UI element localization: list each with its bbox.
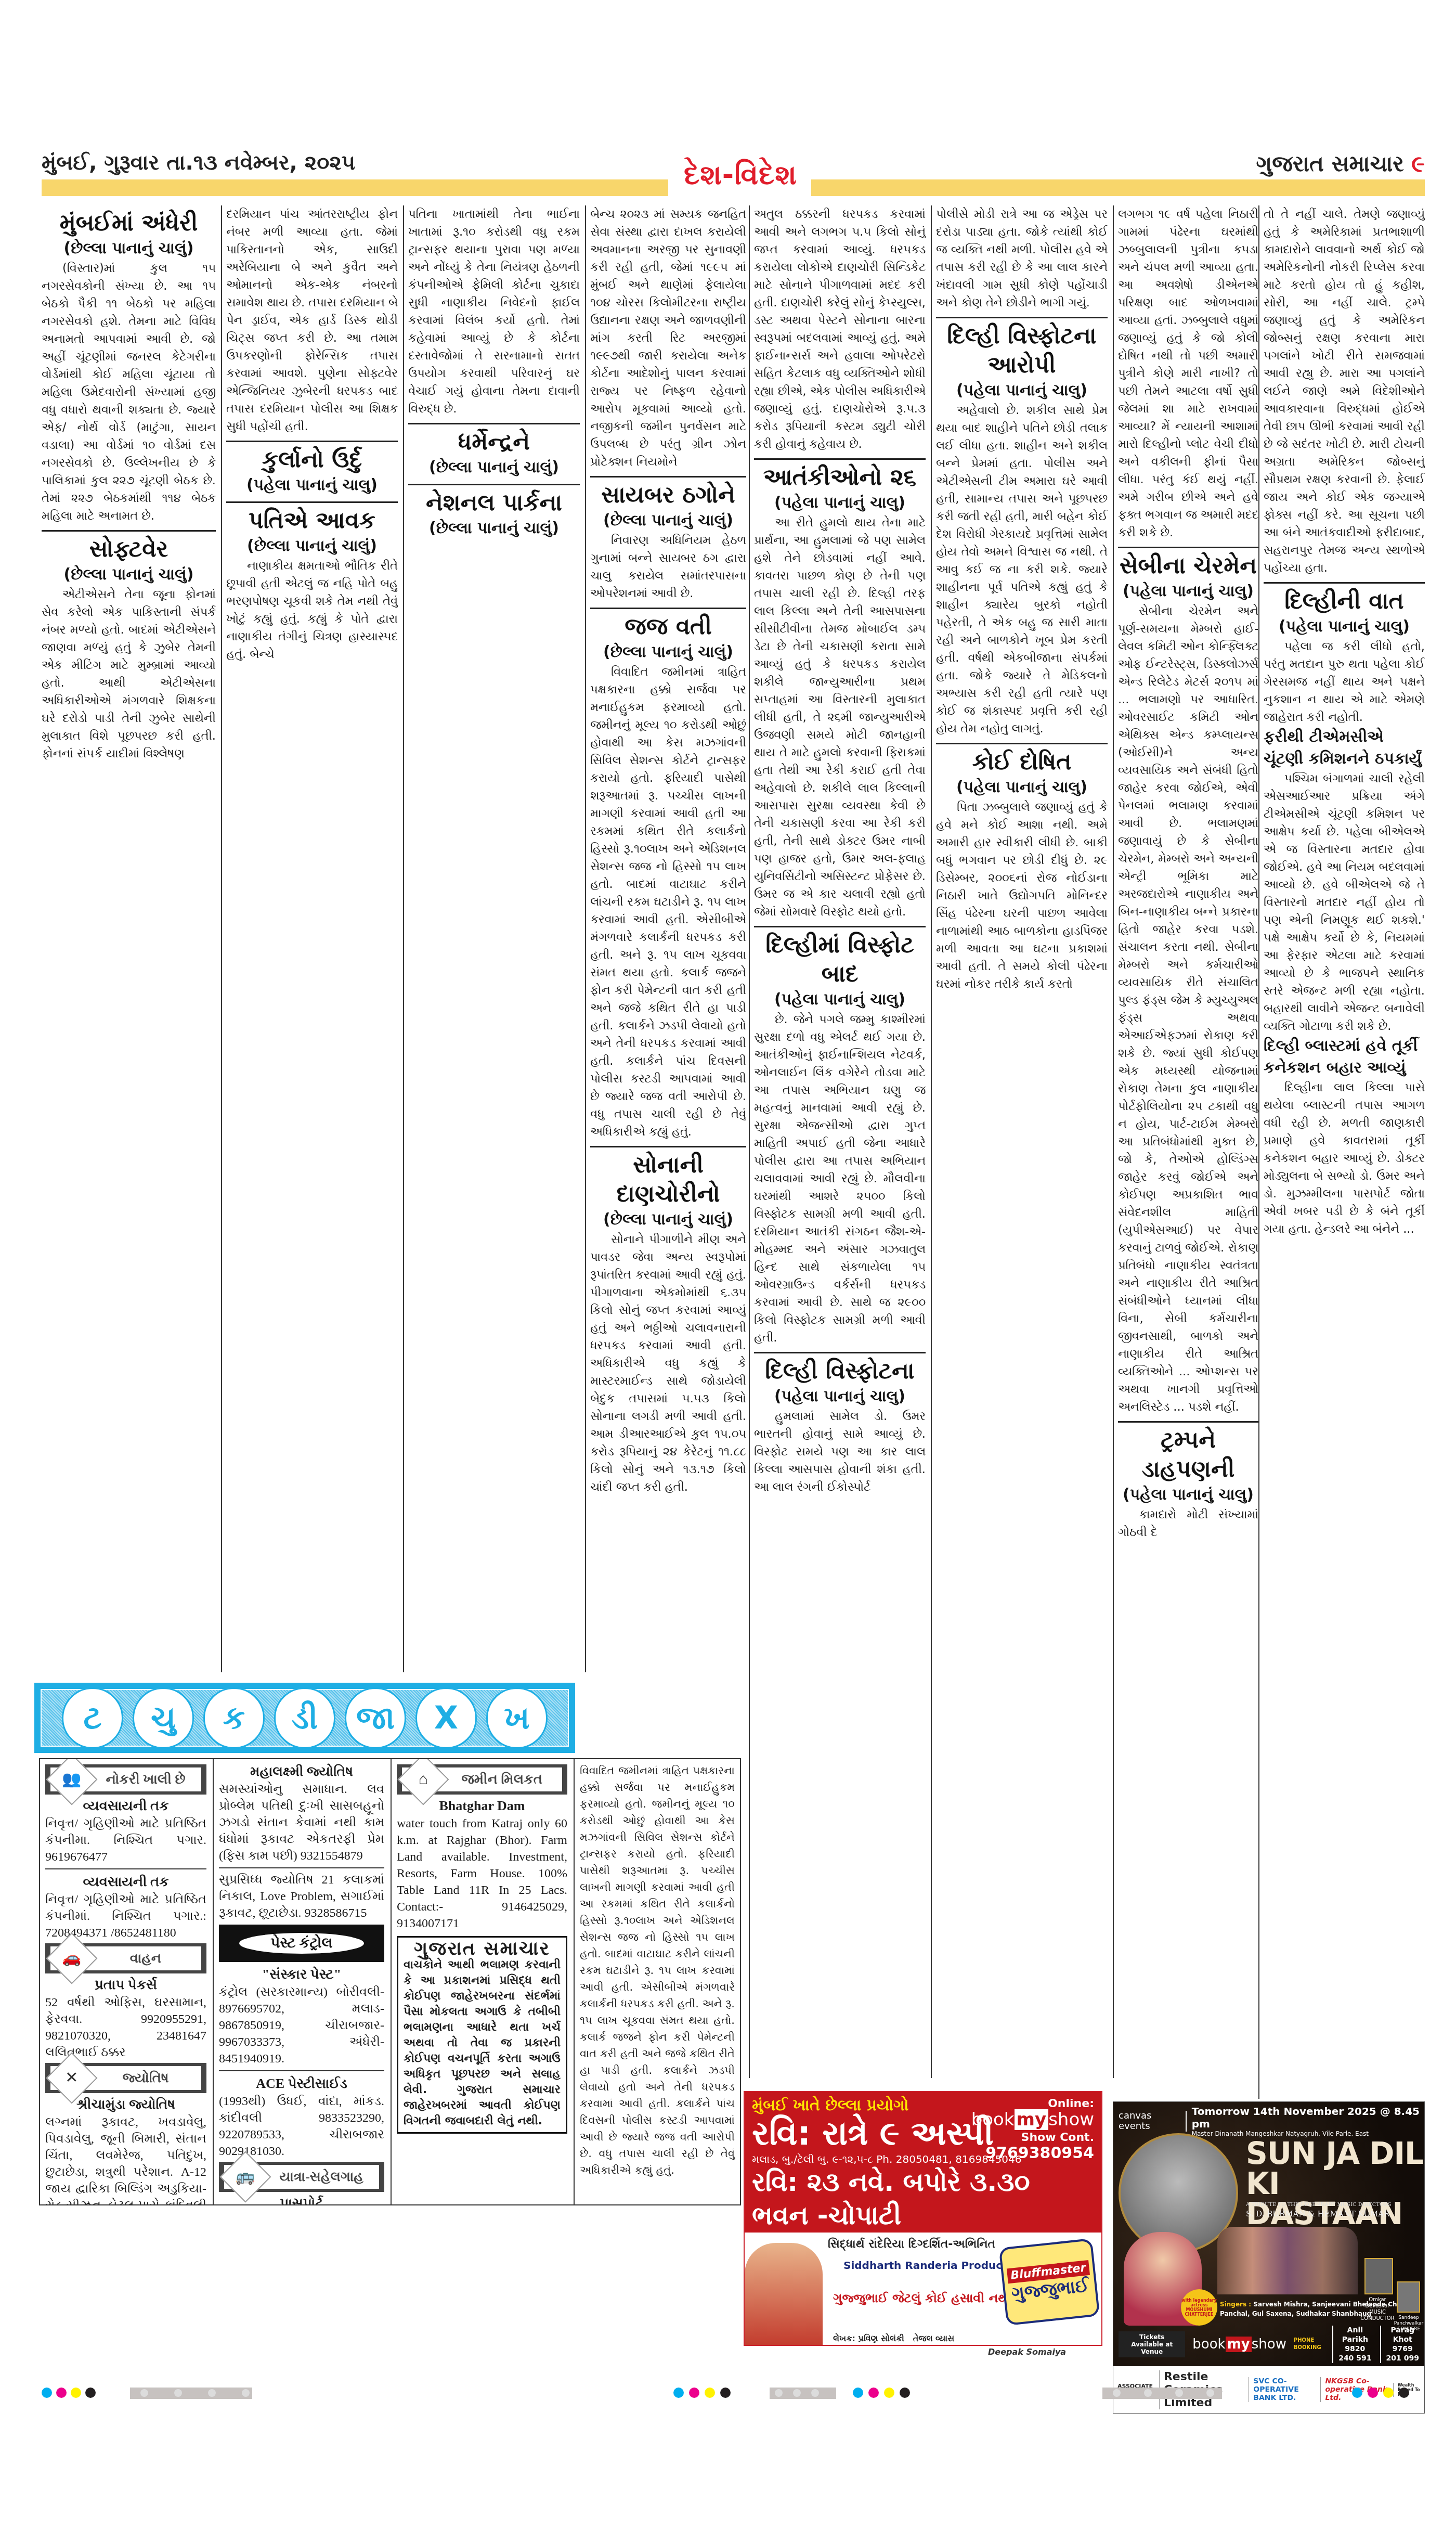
column-rule — [1258, 205, 1259, 2099]
crossword-banner: ટ ચુ ક ડી જા X ખ — [34, 1683, 575, 1753]
online-booking: Online: bookmyshow Show Cont. 9769380954 — [971, 2096, 1094, 2161]
continued-label: (પહેલા પાનાનું ચાલુ) — [936, 380, 1108, 402]
column-rule — [1113, 205, 1114, 2078]
headline-andheri: મુંબઈમાં અંધેરી — [42, 209, 216, 238]
story-body-col7: લગભગ ૧૯ વર્ષ પહેલા નિઠારી ગામમાં પંઢેરના… — [1118, 205, 1258, 541]
divider — [754, 926, 926, 927]
masthead-bar-left — [42, 179, 668, 196]
bus-icon: 🚌 — [236, 2169, 255, 2185]
classifieds-section: 👥 નોકરી ખાલી છે વ્યવસાયની તક નિવૃત્ત/ ગૃ… — [39, 1758, 741, 2205]
story-body-delhi-blast-of: હુમલામાં સામેલ ડો. ઉમર ભારતની હોવાનું સા… — [754, 1408, 926, 1496]
divider — [754, 1352, 926, 1353]
story-body-andheri: (વિસ્તાર)માં કુલ ૧૫ નગરસેવકોની સંખ્યા છે… — [42, 260, 216, 525]
divider — [1118, 1421, 1258, 1423]
continued-label: (છેલ્લા પાનાનું ચાલું) — [42, 564, 216, 586]
story-body-delhi-accused: અહેવાલો છે. શકીલ સાથે પ્રેમ થયા બાદ શાહી… — [936, 402, 1108, 738]
house-icon: ⌂ — [419, 1771, 428, 1788]
ad-sun-ja-dil-concert[interactable]: canvas events Tomorrow 14th November 202… — [1113, 2101, 1425, 2414]
ad-text: water touch from Katraj only 60 k.m. at … — [397, 1815, 567, 1932]
story-body-col2: દરમિયાન પાંચ આંતરરાષ્ટ્રીય ફોન નંબર મળી … — [226, 205, 398, 435]
car-icon: 🚗 — [62, 1950, 81, 1967]
divider — [226, 441, 398, 442]
story-body-sebi: સેબીના ચેરમેન અને પૂર્ણ-સમયના મેમ્બરો હા… — [1118, 602, 1258, 1416]
story-body-gold-cont: અતુલ ઠક્કરની ધરપકડ કરવામાં આવી અને લગભગ … — [754, 205, 926, 453]
story-body-trump: કામદારો મોટી સંખ્યામાં ગોઠવી દે — [1118, 1506, 1258, 1541]
headline-judge: જજ વતી — [590, 612, 746, 641]
section-title: દેશ-વિદેશ — [671, 158, 810, 191]
story-body-col3: પતિના ખાતામાંથી તેના ભાઈના ખાતામાં રૂ.૧૦… — [408, 205, 580, 418]
divider — [1118, 547, 1258, 548]
classifieds-column-3: ⌂ જમીન મિલકત Bhatghar Dam water touch fr… — [391, 1759, 573, 2204]
booking-info: Tickets Available at Venue bookmyshow PH… — [1119, 2326, 1420, 2363]
category-banner-pest-control: પેસ્ટ કંટ્રોલ — [219, 1925, 384, 1962]
story-body-koi-doshit: પિતા ઝબ્બુલાલે જણાવ્યું હતું કે હવે મને … — [936, 798, 1108, 993]
column-rule — [403, 205, 404, 1672]
category-tag-astrology: ✕ જ્યોતિષ — [45, 2063, 206, 2093]
headline-delhi-vaat: દિલ્હીની વાત — [1264, 587, 1425, 616]
divider — [408, 423, 580, 424]
bookmyshow-logo: bookmyshow — [971, 2112, 1094, 2127]
headline-sebi: સેબીના ચેરમેન — [1118, 551, 1258, 580]
headline-national-park: નેશનલ પાર્કના — [408, 488, 580, 518]
ad-text: કંટ્રોલ (સરકારમાન્ય) બોરીવલી- 8976695702… — [219, 1984, 384, 2067]
people-icon: 👥 — [62, 1771, 81, 1788]
newspaper-brand: ગુજરાત સમાચાર — [1256, 151, 1404, 177]
column-7: લગભગ ૧૯ વર્ષ પહેલા નિઠારી ગામમાં પંઢેરના… — [1118, 205, 1258, 2094]
crossword-letters: ટ ચુ ક ડી જા X ખ — [41, 1689, 569, 1747]
continued-label: (પહેલા પાનાનું ચાલુ) — [754, 1386, 926, 1408]
singers-photos — [1217, 2227, 1358, 2294]
ad-text: સુપ્રસિધ્ધ જ્યોતિષ 21 કલાકમાં નિકાલ, Lov… — [219, 1872, 384, 1921]
crossword-letter: X — [415, 1687, 477, 1749]
ad-text: સમસ્યાંઓનુ સમાધાન. લવ પ્રોબ્લેમ પતિથી દુ… — [219, 1781, 384, 1864]
continued-label: (પહેલા પાનાનું ચાલુ) — [1118, 580, 1258, 602]
column-3: પતિના ખાતામાંથી તેના ભાઈના ખાતામાં રૂ.૧૦… — [408, 205, 580, 1678]
story-body-accused-pre: પોલીસે મોડી રાત્રે આ જ એડ્રેસ પર દરોડા પ… — [936, 205, 1108, 312]
ad-text: નિવૃત્ત/ ગૃહિણીઓ માટે પ્રતિષ્ઠિત કંપનીમા… — [45, 1891, 206, 1941]
column-1: મુંબઈમાં અંધેરી (છેલ્લા પાનાનું ચાલું) (… — [42, 205, 216, 1678]
headline-koi-doshit: કોઈ દોષિત — [936, 747, 1108, 777]
headline-software: સોફ્ટવેર — [42, 535, 216, 564]
story-body-cyber: નિવારણ અધિનિયમ હેઠળ ગુનામાં બન્ને સાયબર … — [590, 532, 746, 602]
ad-title: વ્યવસાયની તક — [45, 1873, 206, 1891]
ad-bluffmaster-gujjubhai[interactable]: મુંબઈ ખાતે છેલ્લા પ્રયોગો રવિ: રાત્રે ૯ … — [744, 2091, 1102, 2346]
divider — [754, 458, 926, 460]
continued-label: (પહેલા પાનાનું ચાલુ) — [1264, 616, 1425, 638]
column-rule — [221, 205, 222, 1672]
column-8: તો તે નહીં ચાલે. તેમણે જણાવ્યું હતું કે … — [1264, 205, 1425, 2099]
headline-pati-aavak: પતિએ આવક — [226, 506, 398, 535]
divider — [1264, 582, 1425, 584]
guest-badge: with legendary actress MOUSHUMI CHATTERJ… — [1181, 2289, 1217, 2326]
ad-text: લગ્નમાં રૂકાવટ, ખવડાવેલુ, પિવડાવેલુ, જૂન… — [45, 2114, 206, 2204]
headline-urdu: કુર્લાનો ઉર્દુ — [226, 445, 398, 474]
print-registration-marks — [0, 2382, 1456, 2403]
continued-label: (પહેલા પાનાનું ચાલુ) — [936, 777, 1108, 798]
subhead-tmc: ફરીથી ટીએમસીએ ચૂંટણી કમિશનને ઠપકાર્યું — [1264, 726, 1425, 770]
crossword-letter: ટ — [62, 1687, 123, 1749]
classifieds-column-2: મહાલક્ષ્મી જ્યોતિષ સમસ્યાંઓનુ સમાધાન. લવ… — [213, 1759, 389, 2204]
crossword-letter: ડી — [274, 1687, 335, 1749]
column-rule — [749, 205, 750, 2078]
compere-photo — [1397, 2281, 1420, 2313]
bookmyshow-logo: bookmyshow — [1192, 2337, 1286, 2352]
ad-text: 52 વર્ષથી ઓફિસ, ઘરસામાન, ફેરવવા. 9920955… — [45, 1994, 206, 2061]
divider — [590, 608, 746, 609]
crossword-letter: ક — [203, 1687, 265, 1749]
continued-label: (છેલ્લા પાનાનું ચાલું) — [590, 1209, 746, 1231]
conductor-photo — [1364, 2258, 1393, 2294]
story-body-judge-cont: વિવાદિત જમીનમાં ત્રાહિત પક્ષકારના હક્કો … — [580, 1762, 735, 2178]
continued-label: (છેલ્લા પાનાનું ચાલું) — [226, 535, 398, 557]
story-body-national-park: બેન્ચ ૨૦૨૩ માં સમ્યક જનહિત સેવા સંસ્થા દ… — [590, 205, 746, 471]
presenter-logo: canvas events — [1119, 2111, 1187, 2132]
column-5: અતુલ ઠક્કરની ધરપકડ કરવામાં આવી અને લગભગ … — [754, 205, 926, 2078]
ad-text: (1993થી) ઉધઈ, વાંદા, માંકડ. કાંદીવલી 983… — [219, 2093, 384, 2160]
category-tag-jobs: 👥 નોકરી ખાલી છે — [45, 1764, 206, 1795]
column-2: દરમિયાન પાંચ આંતરરાષ્ટ્રીય ફોન નંબર મળી … — [226, 205, 398, 1678]
subhead-turkey: દિલ્હી બ્લાસ્ટમાં હવે તૂર્કી કનેકશન બહાર… — [1264, 1035, 1425, 1079]
divider — [42, 530, 216, 532]
page-number: ૯ — [1411, 151, 1425, 177]
ad-title: ACE પેસ્ટીસાઈડ — [219, 2074, 384, 2093]
story-body-terror-26: આ રીતે હુમલો થાય તેના માટે પ્રાર્થના, આ … — [754, 514, 926, 921]
continued-label: (પહેલા પાનાનું ચાલુ) — [754, 492, 926, 514]
masthead: મુંબઈ, ગુરૂવાર તા.૧૩ નવેમ્બર, ૨૦૨૫ દેશ-વ… — [42, 151, 1425, 198]
horoscope-chart-icon: ✕ — [65, 2070, 78, 2086]
story-body-turkey: દિલ્હીના લાલ કિલ્લા પાસે થયેલા બ્લાસ્ટની… — [1264, 1079, 1425, 1238]
headline-cyber: સાયબર ઠગોને — [590, 481, 746, 510]
continued-label: (છેલ્લા પાનાનું ચાલું) — [590, 510, 746, 532]
ad-title: મહાલક્ષ્મી જ્યોતિષ — [219, 1762, 384, 1781]
headline-trump: ટ્રમ્પને ડાહપણની — [1118, 1426, 1258, 1484]
story-body-pati-aavak: નાણાકીય ક્ષમતાઓ ભૌતિક રીતે છૂપાવી હતી એટ… — [226, 557, 398, 663]
headline-delhi-blast-of: દિલ્હી વિસ્ફોટના — [754, 1357, 926, 1386]
divider — [408, 484, 580, 485]
column-6: પોલીસે મોડી રાત્રે આ જ એડ્રેસ પર દરોડા પ… — [936, 205, 1108, 2078]
dateline: મુંબઈ, ગુરૂવાર તા.૧૩ નવેમ્બર, ૨૦૨૫ — [42, 151, 355, 175]
column-rule — [931, 205, 932, 2078]
divider — [590, 476, 746, 478]
classifieds-column-4: વિવાદિત જમીનમાં ત્રાહિત પક્ષકારના હક્કો … — [574, 1759, 740, 2204]
crossword-letter: જા — [345, 1687, 406, 1749]
continued-label: (છેલ્લા પાનાનું ચાલું) — [42, 238, 216, 260]
continued-label: (પહેલા પાનાનું ચાલુ) — [1118, 1484, 1258, 1506]
continued-label: (પહેલા પાનાનું ચાલુ) — [754, 989, 926, 1011]
headline-gold: સોનાની દાણચોરીનો — [590, 1151, 746, 1209]
category-tag-property: ⌂ જમીન મિલકત — [397, 1764, 567, 1795]
story-body-software: એટીએસને તેના જૂના ફોનમાં સેવ કરેલો એક પા… — [42, 586, 216, 763]
ad-title: "સંસ્કાર પેસ્ટ" — [219, 1965, 384, 1984]
divider — [936, 743, 1108, 744]
crossword-letter: ચુ — [133, 1687, 194, 1749]
classifieds-column-1: 👥 નોકરી ખાલી છે વ્યવસાયની તક નિવૃત્ત/ ગૃ… — [40, 1759, 212, 2204]
category-tag-vehicle: 🚗 વાહન — [45, 1943, 206, 1973]
notice-title: ગુજરાત સમાચાર — [404, 1941, 561, 1957]
story-body-judge: વિવાદિત જમીનમાં ત્રાહિત પક્ષકારના હક્કો … — [590, 663, 746, 1141]
continued-label: (છેલ્લા પાનાનું ચાલું) — [408, 518, 580, 539]
play-logo: Bluffmaster ગુજ્જુભાઈ — [999, 2238, 1100, 2326]
notice-text: વાચકોને આથી ભલામણ કરવાની કે આ પ્રકાશનમાં… — [404, 1957, 561, 2129]
headline-delhi-accused: દિલ્હી વિસ્ફોટના આરોપી — [936, 321, 1108, 380]
story-body-col8: તો તે નહીં ચાલે. તેમણે જણાવ્યું હતું કે … — [1264, 205, 1425, 577]
ad-designer-credit: Deepak Somaiya — [988, 2347, 1066, 2357]
divider — [936, 317, 1108, 318]
divider — [226, 501, 398, 503]
continued-label: (છેલ્લા પાનાનું ચાલું) — [408, 457, 580, 479]
story-body-tmc: પશ્ચિમ બંગાળમાં ચાલી રહેલી એસઆઈઆર પ્રક્ર… — [1264, 770, 1425, 1035]
headline-dharmendra: ધર્મેન્દ્રને — [408, 428, 580, 457]
ad-text: નિવૃત્ત/ ગૃહિણીઓ માટે પ્રતિષ્ઠિત કંપનીમા… — [45, 1815, 206, 1865]
category-tag-travel: 🚌 યાત્રા-સહેલગાહ — [219, 2162, 384, 2192]
masthead-bar-right — [811, 179, 1425, 196]
actors-photo — [745, 2243, 823, 2346]
headline-terror-26: આતંકીઓનો ૨૬ — [754, 463, 926, 492]
column-rule — [585, 205, 586, 1672]
story-body-delhi-blast-after: છે. જેને પગલે જમ્મુ કાશ્મીરમાં સુરક્ષા દ… — [754, 1011, 926, 1347]
story-body-delhi-vaat: પહેલા જ કરી લીધો હતો, પરંતુ મતદાન પુરુ થ… — [1264, 638, 1425, 726]
story-body-gold: સોનાને પીગાળીને મીણ અને પાવડર જેવા અન્ય … — [590, 1231, 746, 1496]
continued-label: (પહેલા પાનાનું ચાલુ) — [226, 474, 398, 496]
disclaimer-notice: ગુજરાત સમાચાર વાચકોને આથી ભલામણ કરવાની ક… — [397, 1936, 567, 2134]
continued-label: (છેલ્લા પાનાનું ચાલું) — [590, 641, 746, 663]
headline-delhi-blast-after: દિલ્હીમાં વિસ્ફોટ બાદ — [754, 931, 926, 989]
divider — [590, 1146, 746, 1147]
crossword-letter: ખ — [486, 1687, 548, 1749]
